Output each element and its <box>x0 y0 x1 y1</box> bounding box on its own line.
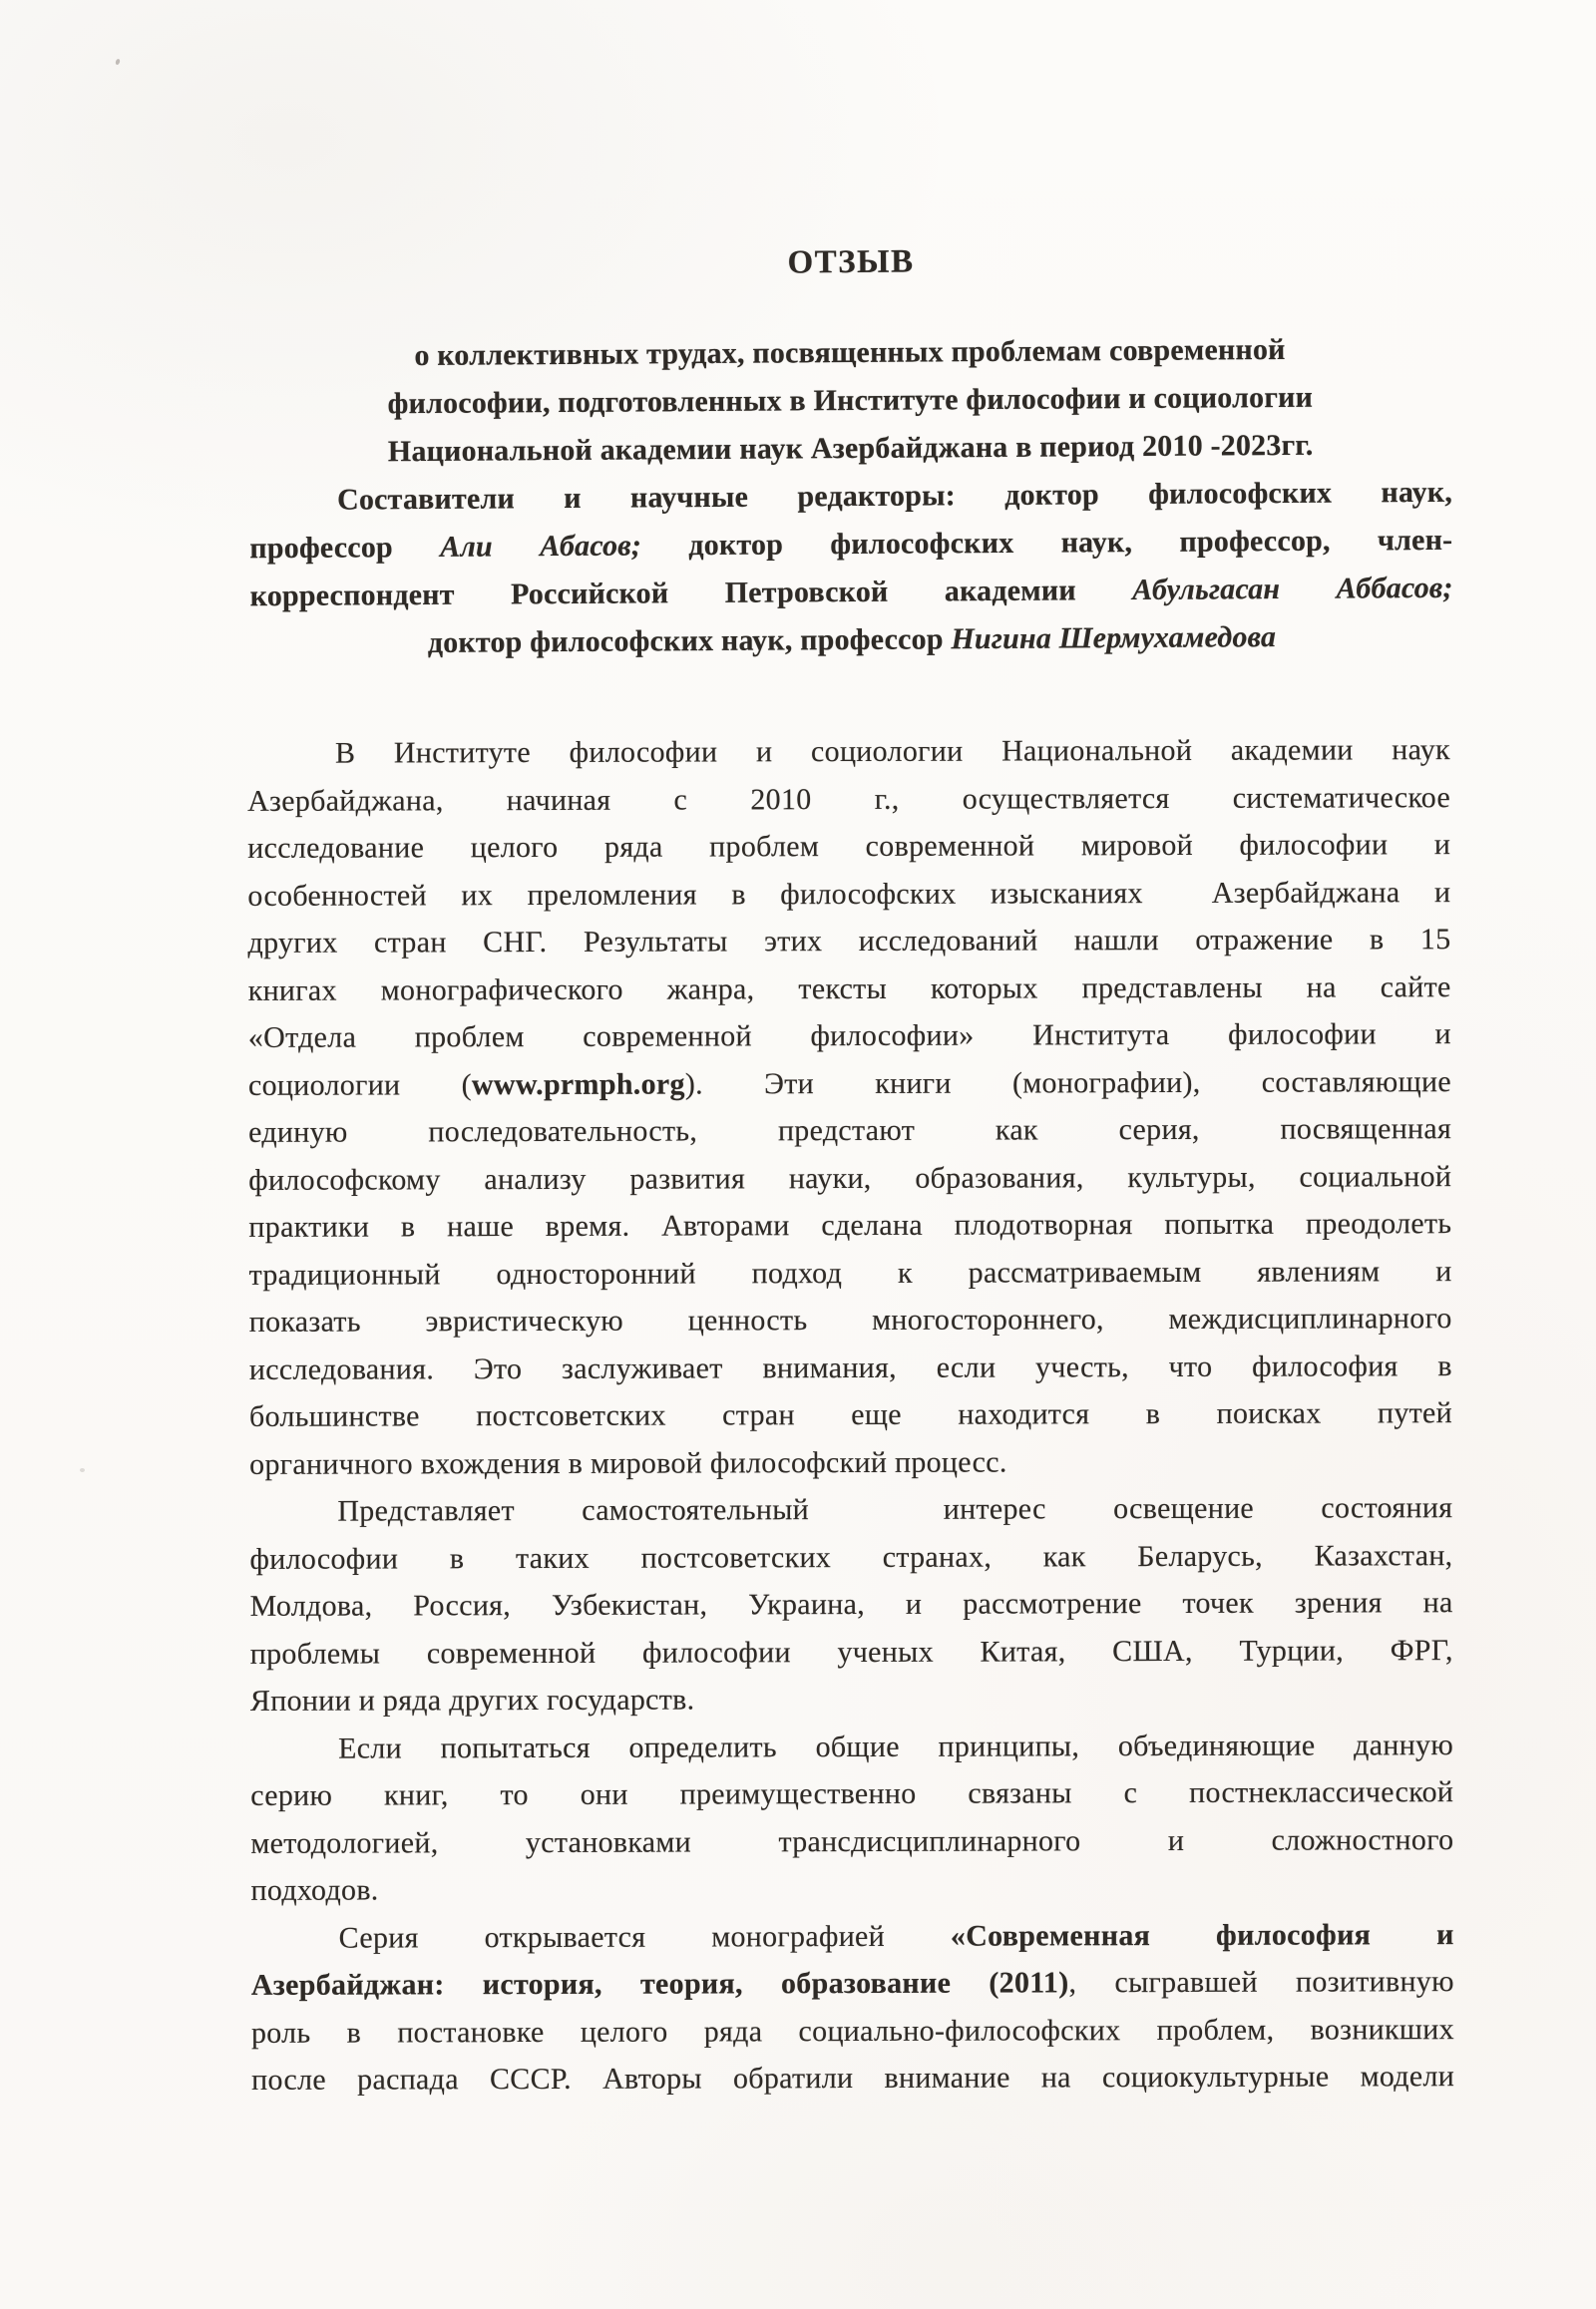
text-line: Представляет самостоятельный интерес осв… <box>249 1484 1452 1535</box>
paragraph: Серия открывается монографией «Современн… <box>251 1911 1455 2105</box>
text-line: «Отдела проблем современной философии» И… <box>248 1010 1451 1061</box>
text-line: традиционный односторонний подход к расс… <box>248 1248 1451 1299</box>
document-header: о коллективных трудах, посвященных пробл… <box>248 325 1453 668</box>
text-line: серию книг, то они преимущественно связа… <box>250 1768 1453 1819</box>
text-line: роль в постановке целого ряда социально-… <box>251 2006 1454 2057</box>
scan-artifact <box>80 1468 85 1472</box>
header-line: философии, подготовленных в Институте фи… <box>248 373 1451 429</box>
text-line: Азербайджан: история, теория, образовани… <box>251 1958 1454 2009</box>
text-line: практики в наше время. Авторами сделана … <box>248 1200 1451 1251</box>
document-body: В Институте философии и социологии Нацио… <box>247 726 1454 2104</box>
text-line: большинстве постсоветских стран еще нахо… <box>249 1389 1452 1440</box>
text-line: проблемы современной философии ученых Ки… <box>250 1627 1453 1678</box>
text-line: единую последовательность, предстают как… <box>248 1105 1451 1156</box>
text-line: Японии и ряда других государств. <box>250 1674 1453 1725</box>
text-line: органичного вхождения в мировой философс… <box>249 1437 1452 1488</box>
text-line: книгах монографического жанра, тексты ко… <box>248 963 1451 1014</box>
header-line: Составители и научные редакторы: доктор … <box>249 469 1452 525</box>
paragraph: Представляет самостоятельный интерес осв… <box>249 1484 1453 1725</box>
document-content: ОТЗЫВ о коллективных трудах, посвященных… <box>249 0 1452 2103</box>
paragraph: В Институте философии и социологии Нацио… <box>247 726 1452 1488</box>
scan-artifact <box>115 58 121 65</box>
text-line: особенностей их преломления в философски… <box>247 869 1450 920</box>
header-line: профессор Али Абасов; доктор философских… <box>249 517 1452 573</box>
text-line: показать эвристическую ценность многосто… <box>249 1295 1452 1346</box>
text-line: после распада СССР. Авторы обратили вним… <box>251 2053 1454 2104</box>
header-line: корреспондент Российской Петровской акад… <box>250 565 1453 620</box>
header-line: о коллективных трудах, посвященных пробл… <box>248 325 1451 381</box>
text-line: исследования. Это заслуживает внимания, … <box>249 1343 1452 1393</box>
text-line: других стран СНГ. Результаты этих исслед… <box>247 916 1450 966</box>
text-line: социологии (www.prmph.org). Эти книги (м… <box>248 1058 1451 1109</box>
text-line: Молдова, Россия, Узбекистан, Украина, и … <box>250 1579 1453 1630</box>
document-page: ОТЗЫВ о коллективных трудах, посвященных… <box>0 0 1596 2309</box>
text-line: исследование целого ряда проблем совреме… <box>247 821 1450 872</box>
text-line: методологией, установками трансдисциплин… <box>250 1816 1453 1867</box>
text-line: философскому анализу развития науки, обр… <box>248 1153 1451 1204</box>
header-line: Национальной академии наук Азербайджана … <box>249 421 1452 477</box>
paragraph: Если попытаться определить общие принцип… <box>250 1722 1454 1915</box>
text-line: подходов. <box>250 1863 1453 1914</box>
header-line: доктор философских наук, профессор Нигин… <box>250 612 1453 668</box>
text-line: Серия открывается монографией «Современн… <box>251 1911 1454 1962</box>
text-line: Если попытаться определить общие принцип… <box>250 1722 1453 1772</box>
document-title: ОТЗЫВ <box>249 237 1452 286</box>
text-line: В Институте философии и социологии Нацио… <box>247 726 1450 777</box>
text-line: Азербайджана, начиная с 2010 г., осущест… <box>247 774 1450 825</box>
text-line: философии в таких постсоветских странах,… <box>249 1532 1452 1583</box>
